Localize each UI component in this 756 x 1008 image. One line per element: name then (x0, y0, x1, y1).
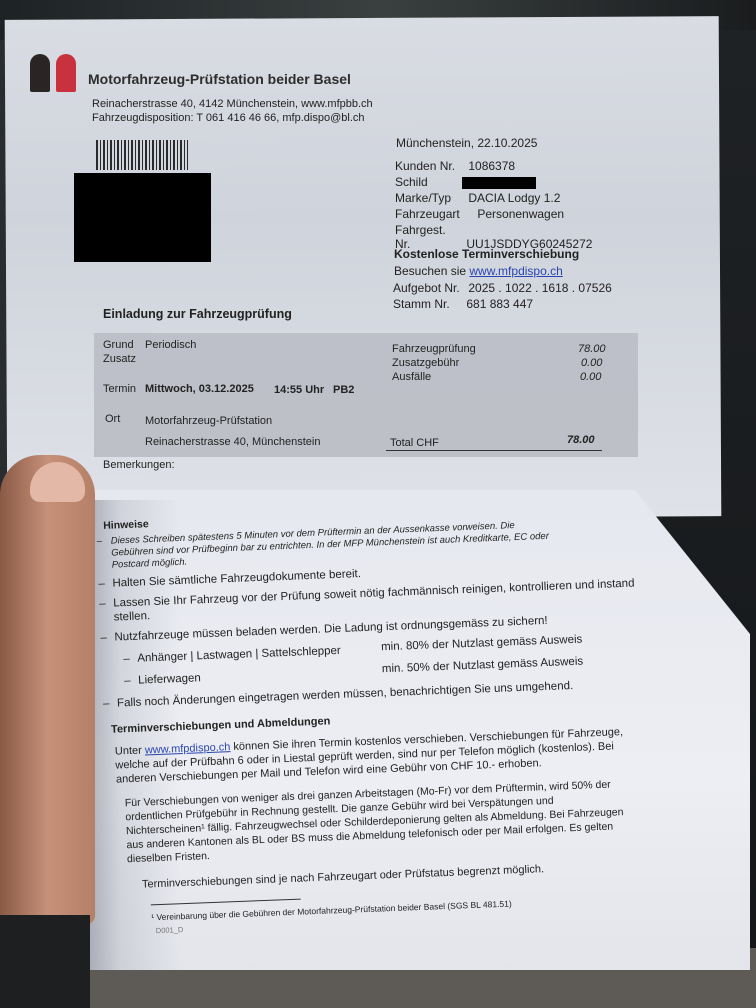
sub-note-requirement: min. 50% der Nutzlast gemäss Ausweis (382, 656, 584, 676)
document-code: D001_D (156, 925, 184, 935)
reschedule-prefix: Unter (115, 745, 142, 758)
lower-page-content: Hinweise –Dieses Schreiben spätestens 5 … (0, 0, 756, 1008)
notes-title: Hinweise (103, 518, 149, 532)
hand-thumb (0, 455, 95, 925)
reschedule-section-title: Terminverschiebungen und Abmeldungen (111, 715, 331, 735)
reschedule-p2-line: dieselben Fristen. (127, 850, 210, 865)
footnote-divider (151, 899, 301, 906)
jacket-sleeve (0, 915, 90, 1008)
note-item: –Halten Sie sämtliche Fahrzeugdokumente … (98, 568, 361, 590)
note-item-cont: stellen. (114, 610, 151, 623)
note-item-cont: Postcard möglich. (112, 557, 188, 571)
sub-note-requirement: min. 80% der Nutzlast gemäss Ausweis (381, 634, 583, 654)
sub-note-item: –Lieferwagen (124, 672, 201, 687)
mfpdispo-link-2[interactable]: www.mfpdispo.ch (145, 741, 231, 756)
reschedule-p3: Terminverschiebungen sind je nach Fahrze… (142, 863, 544, 890)
sub-note-item: –Anhänger | Lastwagen | Sattelschlepper (123, 645, 341, 665)
note-text: Halten Sie sämtliche Fahrzeugdokumente b… (112, 568, 361, 590)
note-text: Lieferwagen (138, 672, 201, 686)
note-text: Anhänger | Lastwagen | Sattelschlepper (137, 645, 341, 665)
